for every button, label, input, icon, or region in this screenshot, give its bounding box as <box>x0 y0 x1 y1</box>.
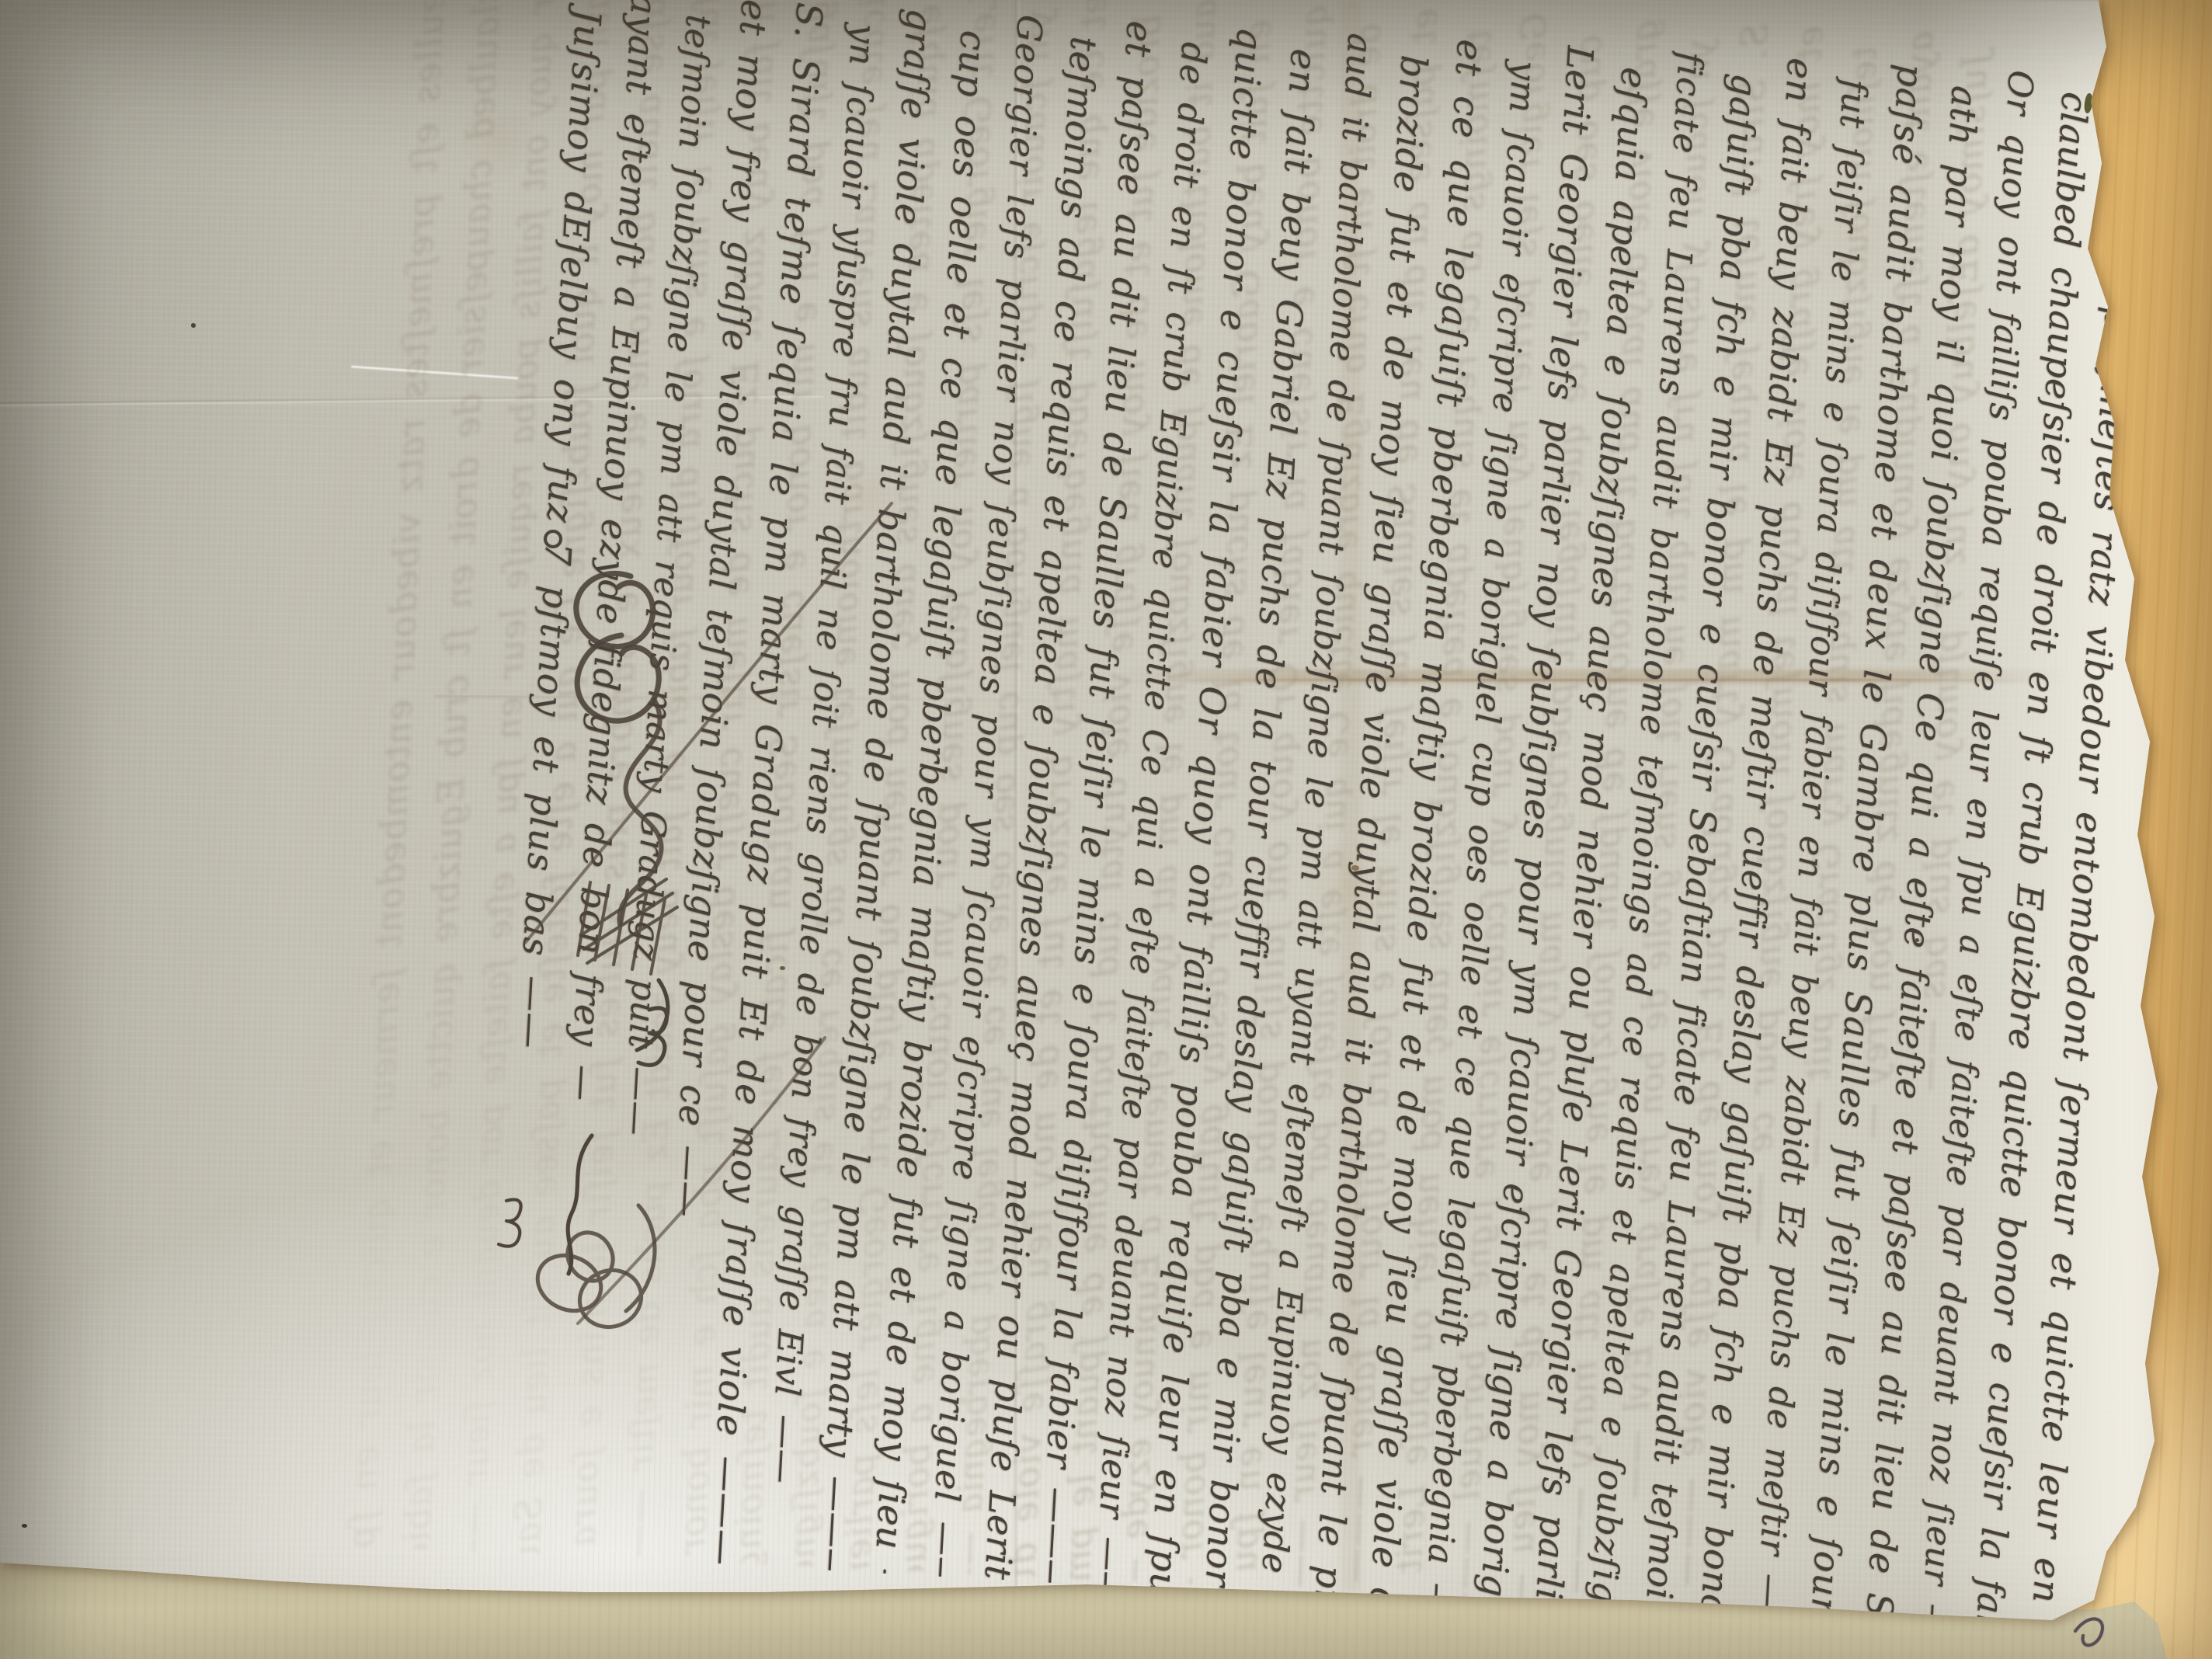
ink-speck <box>1351 865 1359 871</box>
manuscript-photo: Ceulles eſt preſmeſtes ratz vibedour ent… <box>0 0 2212 1659</box>
manuscript-page: Ceulles eſt preſmeſtes ratz vibedour ent… <box>0 0 2212 1659</box>
ink-speck <box>191 323 196 328</box>
ink-speck <box>780 966 785 970</box>
ink-speck <box>445 1589 451 1594</box>
manuscript-page-wrap: Ceulles eſt preſmeſtes ratz vibedour ent… <box>0 0 2212 1659</box>
ink-speck <box>22 1524 27 1528</box>
manuscript-lines: Ceulles eſt preſmeſtes ratz vibedour ent… <box>466 0 2160 1640</box>
ink-speck <box>1915 938 1919 942</box>
